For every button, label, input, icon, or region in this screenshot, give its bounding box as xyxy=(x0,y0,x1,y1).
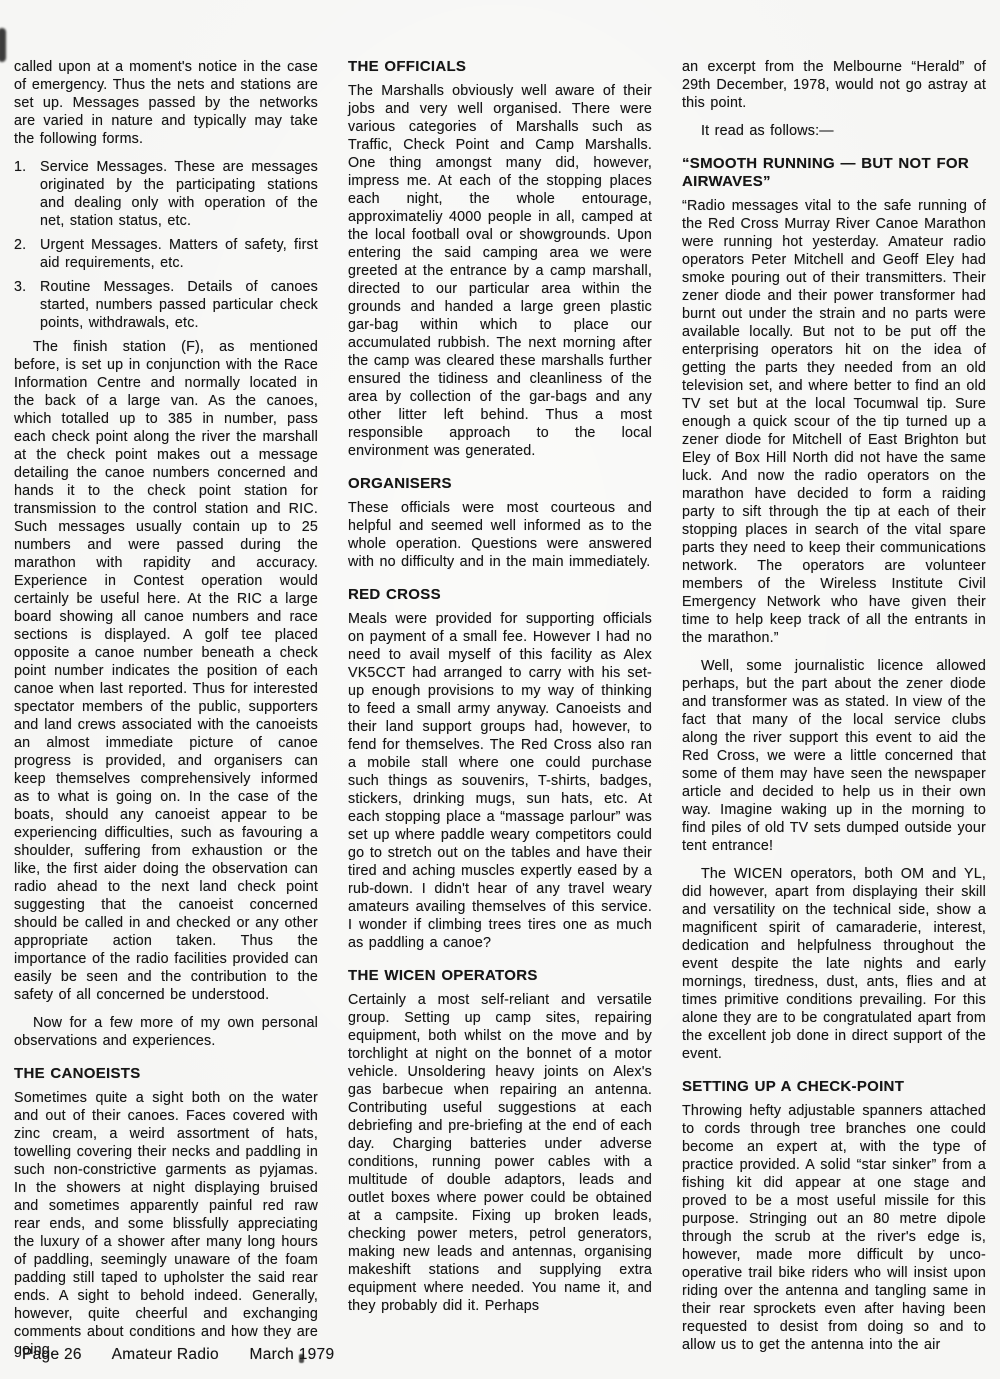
footer-magazine-title: Amateur Radio xyxy=(112,1346,219,1363)
paragraph: Sometimes quite a sight both on the wate… xyxy=(14,1089,318,1359)
footer-issue-date: March 1979 xyxy=(250,1346,335,1363)
paragraph: Now for a few more of my own personal ob… xyxy=(14,1014,318,1050)
section-heading: RED CROSS xyxy=(348,586,652,604)
column-left: called upon at a moment's notice in the … xyxy=(14,58,318,1369)
numbered-list-item: 1.Service Messages. These are messages o… xyxy=(14,158,318,230)
paragraph: It read as follows:— xyxy=(682,122,986,140)
footer-page-number: Page 26 xyxy=(22,1346,82,1363)
section-heading: THE WICEN OPERATORS xyxy=(348,967,652,985)
list-item-number: 3. xyxy=(14,278,40,332)
scan-smudge xyxy=(0,28,6,62)
page-footer: Page 26 Amateur Radio March 1979 xyxy=(22,1346,360,1364)
paragraph: The Marshalls obviously well aware of th… xyxy=(348,82,652,460)
paragraph: The WICEN operators, both OM and YL, did… xyxy=(682,865,986,1063)
section-heading: THE CANOEISTS xyxy=(14,1065,318,1083)
magazine-page: called upon at a moment's notice in the … xyxy=(0,0,1000,1379)
column-right: an excerpt from the Melbourne “Herald” o… xyxy=(682,58,986,1369)
paragraph: The finish station (F), as mentioned bef… xyxy=(14,338,318,1004)
list-item-text: Service Messages. These are messages ori… xyxy=(40,158,318,230)
paragraph: Meals were provided for supporting offic… xyxy=(348,610,652,952)
section-heading: ORGANISERS xyxy=(348,475,652,493)
list-item-text: Routine Messages. Details of canoes star… xyxy=(40,278,318,332)
column-middle: THE OFFICIALSThe Marshalls obviously wel… xyxy=(348,58,652,1369)
paragraph: called upon at a moment's notice in the … xyxy=(14,58,318,148)
list-item-text: Urgent Messages. Matters of safety, firs… xyxy=(40,236,318,272)
section-heading: “SMOOTH RUNNING — BUT NOT FOR AIRWAVES” xyxy=(682,155,986,191)
list-item-number: 1. xyxy=(14,158,40,230)
paragraph: Certainly a most self-reliant and versat… xyxy=(348,991,652,1315)
section-heading: THE OFFICIALS xyxy=(348,58,652,76)
list-item-number: 2. xyxy=(14,236,40,272)
article-columns: called upon at a moment's notice in the … xyxy=(14,58,986,1369)
paragraph: Well, some journalistic licence allowed … xyxy=(682,657,986,855)
paragraph: Throwing hefty adjustable spanners attac… xyxy=(682,1102,986,1354)
numbered-list-item: 2.Urgent Messages. Matters of safety, fi… xyxy=(14,236,318,272)
paragraph: These officials were most courteous and … xyxy=(348,499,652,571)
paragraph: an excerpt from the Melbourne “Herald” o… xyxy=(682,58,986,112)
section-heading: SETTING UP A CHECK-POINT xyxy=(682,1078,986,1096)
paragraph: “Radio messages vital to the safe runnin… xyxy=(682,197,986,647)
numbered-list-item: 3.Routine Messages. Details of canoes st… xyxy=(14,278,318,332)
